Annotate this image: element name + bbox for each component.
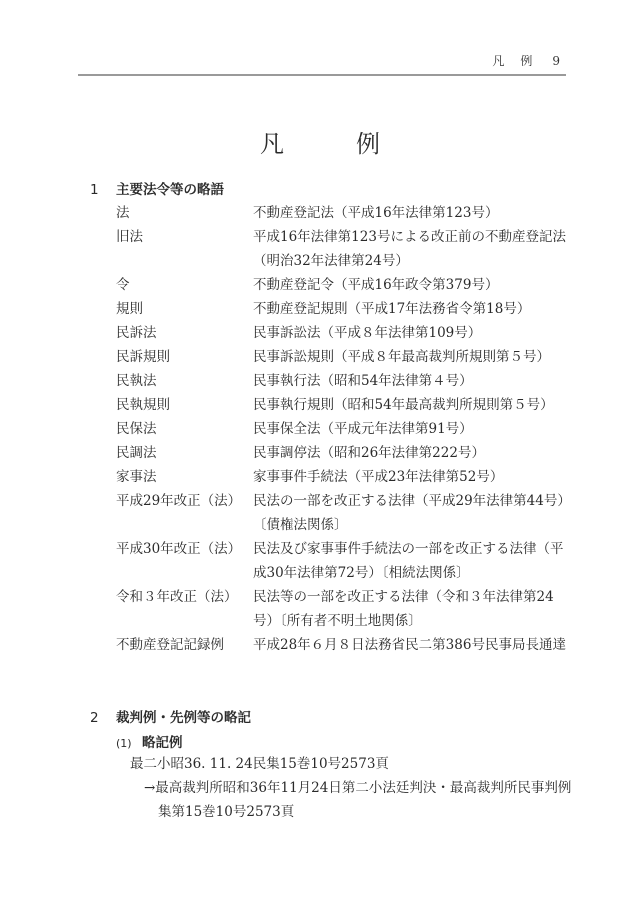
- abbr-term: 民保法: [116, 417, 253, 441]
- abbr-term: 民訴規則: [116, 345, 253, 369]
- abbr-row: 民訴法民事訴訟法（平成８年法律第109号）: [116, 321, 576, 345]
- abbr-term: 家事法: [116, 465, 253, 489]
- abbr-term: 令: [116, 273, 253, 297]
- section-title: 裁判例・先例等の略記: [116, 710, 251, 726]
- abbr-term: 民執規則: [116, 393, 253, 417]
- abbr-definition: 民事執行法（昭和54年法律第４号）: [253, 369, 573, 393]
- abbr-definition: 平成16年法律第123号による改正前の不動産登記法（明治32年法律第24号）: [253, 225, 573, 273]
- header-rule: [78, 74, 566, 76]
- running-head-title: 凡 例: [492, 54, 534, 68]
- page-title: 凡例: [0, 124, 642, 159]
- abbr-row: 規則不動産登記規則（平成17年法務省令第18号）: [116, 297, 576, 321]
- abbr-definition: 平成28年６月８日法務省民二第386号民事局長通達: [253, 633, 573, 657]
- abbreviation-list: 法不動産登記法（平成16年法律第123号） 旧法平成16年法律第123号による改…: [116, 201, 576, 657]
- abbr-definition: 民事保全法（平成元年法律第91号）: [253, 417, 573, 441]
- section-2-heading: 2裁判例・先例等の略記: [90, 706, 251, 726]
- abbr-row: 家事法家事事件手続法（平成23年法律第52号）: [116, 465, 576, 489]
- subsection-heading: (1)略記例: [116, 731, 183, 751]
- abbr-definition: 民事訴訟法（平成８年法律第109号）: [253, 321, 573, 345]
- abbr-definition: 民法等の一部を改正する法律（令和３年法律第24号）〔所有者不明土地関係〕: [253, 585, 573, 633]
- abbr-definition: 民事調停法（昭和26年法律第222号）: [253, 441, 573, 465]
- abbr-definition: 不動産登記令（平成16年政令第379号）: [253, 273, 573, 297]
- abbr-row: 民執法民事執行法（昭和54年法律第４号）: [116, 369, 576, 393]
- abbr-row: 平成30年改正（法）民法及び家事事件手続法の一部を改正する法律（平成30年法律第…: [116, 537, 576, 585]
- citation-example: 最二小昭36. 11. 24民集15巻10号2573頁: [130, 752, 389, 776]
- abbr-row: 民訴規則民事訴訟規則（平成８年最高裁判所規則第５号）: [116, 345, 576, 369]
- abbr-definition: 家事事件手続法（平成23年法律第52号）: [253, 465, 573, 489]
- abbr-term: 民訴法: [116, 321, 253, 345]
- section-title: 主要法令等の略語: [116, 182, 224, 198]
- section-number: 1: [90, 182, 116, 198]
- subsection-number: (1): [116, 737, 142, 750]
- subsection-title: 略記例: [142, 735, 183, 751]
- abbr-term: 平成30年改正（法）: [116, 537, 253, 585]
- abbr-definition: 民法及び家事事件手続法の一部を改正する法律（平成30年法律第72号）〔相続法関係…: [253, 537, 573, 585]
- explanation-line-1: →最高裁判所昭和36年11月24日第二小法廷判決・最高裁判所民事判例: [144, 776, 574, 800]
- abbr-row: 法不動産登記法（平成16年法律第123号）: [116, 201, 576, 225]
- abbr-term: 不動産登記記録例: [116, 633, 253, 657]
- abbr-term: 平成29年改正（法）: [116, 489, 253, 537]
- abbr-term: 令和３年改正（法）: [116, 585, 253, 633]
- abbr-definition: 民事訴訟規則（平成８年最高裁判所規則第５号）: [253, 345, 573, 369]
- abbr-term: 民調法: [116, 441, 253, 465]
- abbr-definition: 不動産登記法（平成16年法律第123号）: [253, 201, 573, 225]
- section-number: 2: [90, 710, 116, 726]
- abbr-row: 令不動産登記令（平成16年政令第379号）: [116, 273, 576, 297]
- running-head: 凡 例9: [492, 52, 562, 69]
- abbr-definition: 不動産登記規則（平成17年法務省令第18号）: [253, 297, 573, 321]
- abbr-term: 規則: [116, 297, 253, 321]
- abbr-row: 民保法民事保全法（平成元年法律第91号）: [116, 417, 576, 441]
- abbr-row: 民執規則民事執行規則（昭和54年最高裁判所規則第５号）: [116, 393, 576, 417]
- abbr-definition: 民事執行規則（昭和54年最高裁判所規則第５号）: [253, 393, 573, 417]
- abbr-term: 民執法: [116, 369, 253, 393]
- abbr-row: 令和３年改正（法）民法等の一部を改正する法律（令和３年法律第24号）〔所有者不明…: [116, 585, 576, 633]
- abbr-definition: 民法の一部を改正する法律（平成29年法律第44号）〔債権法関係〕: [253, 489, 573, 537]
- citation-explanation: →最高裁判所昭和36年11月24日第二小法廷判決・最高裁判所民事判例 集第15巻…: [144, 776, 574, 824]
- abbr-row: 旧法平成16年法律第123号による改正前の不動産登記法（明治32年法律第24号）: [116, 225, 576, 273]
- page-title-left: 凡: [260, 130, 286, 158]
- section-1-heading: 1主要法令等の略語: [90, 178, 224, 198]
- page-title-right: 例: [356, 130, 382, 158]
- page-number: 9: [552, 54, 562, 68]
- abbr-row: 不動産登記記録例平成28年６月８日法務省民二第386号民事局長通達: [116, 633, 576, 657]
- abbr-row: 民調法民事調停法（昭和26年法律第222号）: [116, 441, 576, 465]
- abbr-term: 法: [116, 201, 253, 225]
- abbr-term: 旧法: [116, 225, 253, 273]
- abbr-row: 平成29年改正（法）民法の一部を改正する法律（平成29年法律第44号）〔債権法関…: [116, 489, 576, 537]
- explanation-line-2: 集第15巻10号2573頁: [144, 800, 574, 824]
